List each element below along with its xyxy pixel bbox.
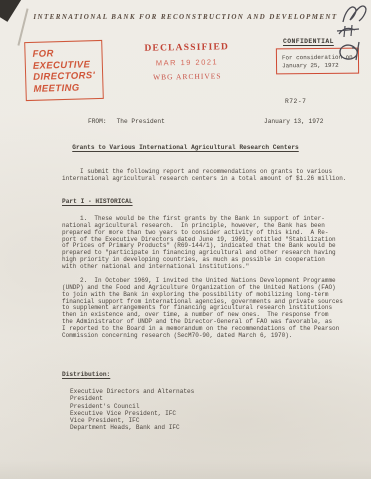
declassified-date: MAR 19 2021 (132, 57, 242, 68)
document-page: INTERNATIONAL BANK FOR RECONSTRUCTION AN… (0, 0, 371, 479)
distribution-item: Vice President, IFC (70, 417, 194, 424)
declassified-stamp: DECLASSIFIED MAR 19 2021 WBG ARCHIVES (132, 42, 243, 82)
declassified-label: DECLASSIFIED (132, 42, 242, 54)
handwritten-annotation (325, 0, 371, 70)
distribution-heading: Distribution: (62, 371, 110, 378)
document-title: Grants to Various International Agricult… (0, 144, 371, 151)
document-date: January 13, 1972 (264, 118, 323, 125)
distribution-list: Executive Directors and Alternates Presi… (70, 388, 194, 432)
part1-heading: Part I - HISTORICAL (62, 198, 133, 205)
distribution-item: Department Heads, Bank and IFC (70, 424, 194, 431)
paragraph-2: 2. In October 1969, I invited the United… (62, 278, 343, 340)
meeting-stamp-line: MEETING (33, 82, 97, 95)
document-header: INTERNATIONAL BANK FOR RECONSTRUCTION AN… (0, 13, 371, 21)
intro-paragraph: I submit the following report and recomm… (62, 169, 346, 183)
distribution-item: President's Council (70, 403, 194, 410)
wbg-archives-label: WBG ARCHIVES (132, 71, 242, 82)
distribution-item: Executive Directors and Alternates (70, 388, 194, 395)
executive-directors-meeting-stamp: FOR EXECUTIVE DIRECTORS' MEETING (24, 40, 104, 101)
distribution-item: President (70, 395, 194, 402)
document-number: R72-7 (285, 98, 306, 105)
meeting-stamp-line: DIRECTORS' (33, 70, 97, 83)
paragraph-1: 1. These would be the first grants by th… (62, 216, 336, 271)
from-value: The President (117, 118, 165, 125)
distribution-item: Executive Vice President, IFC (70, 410, 194, 417)
from-label: FROM: (88, 118, 107, 125)
